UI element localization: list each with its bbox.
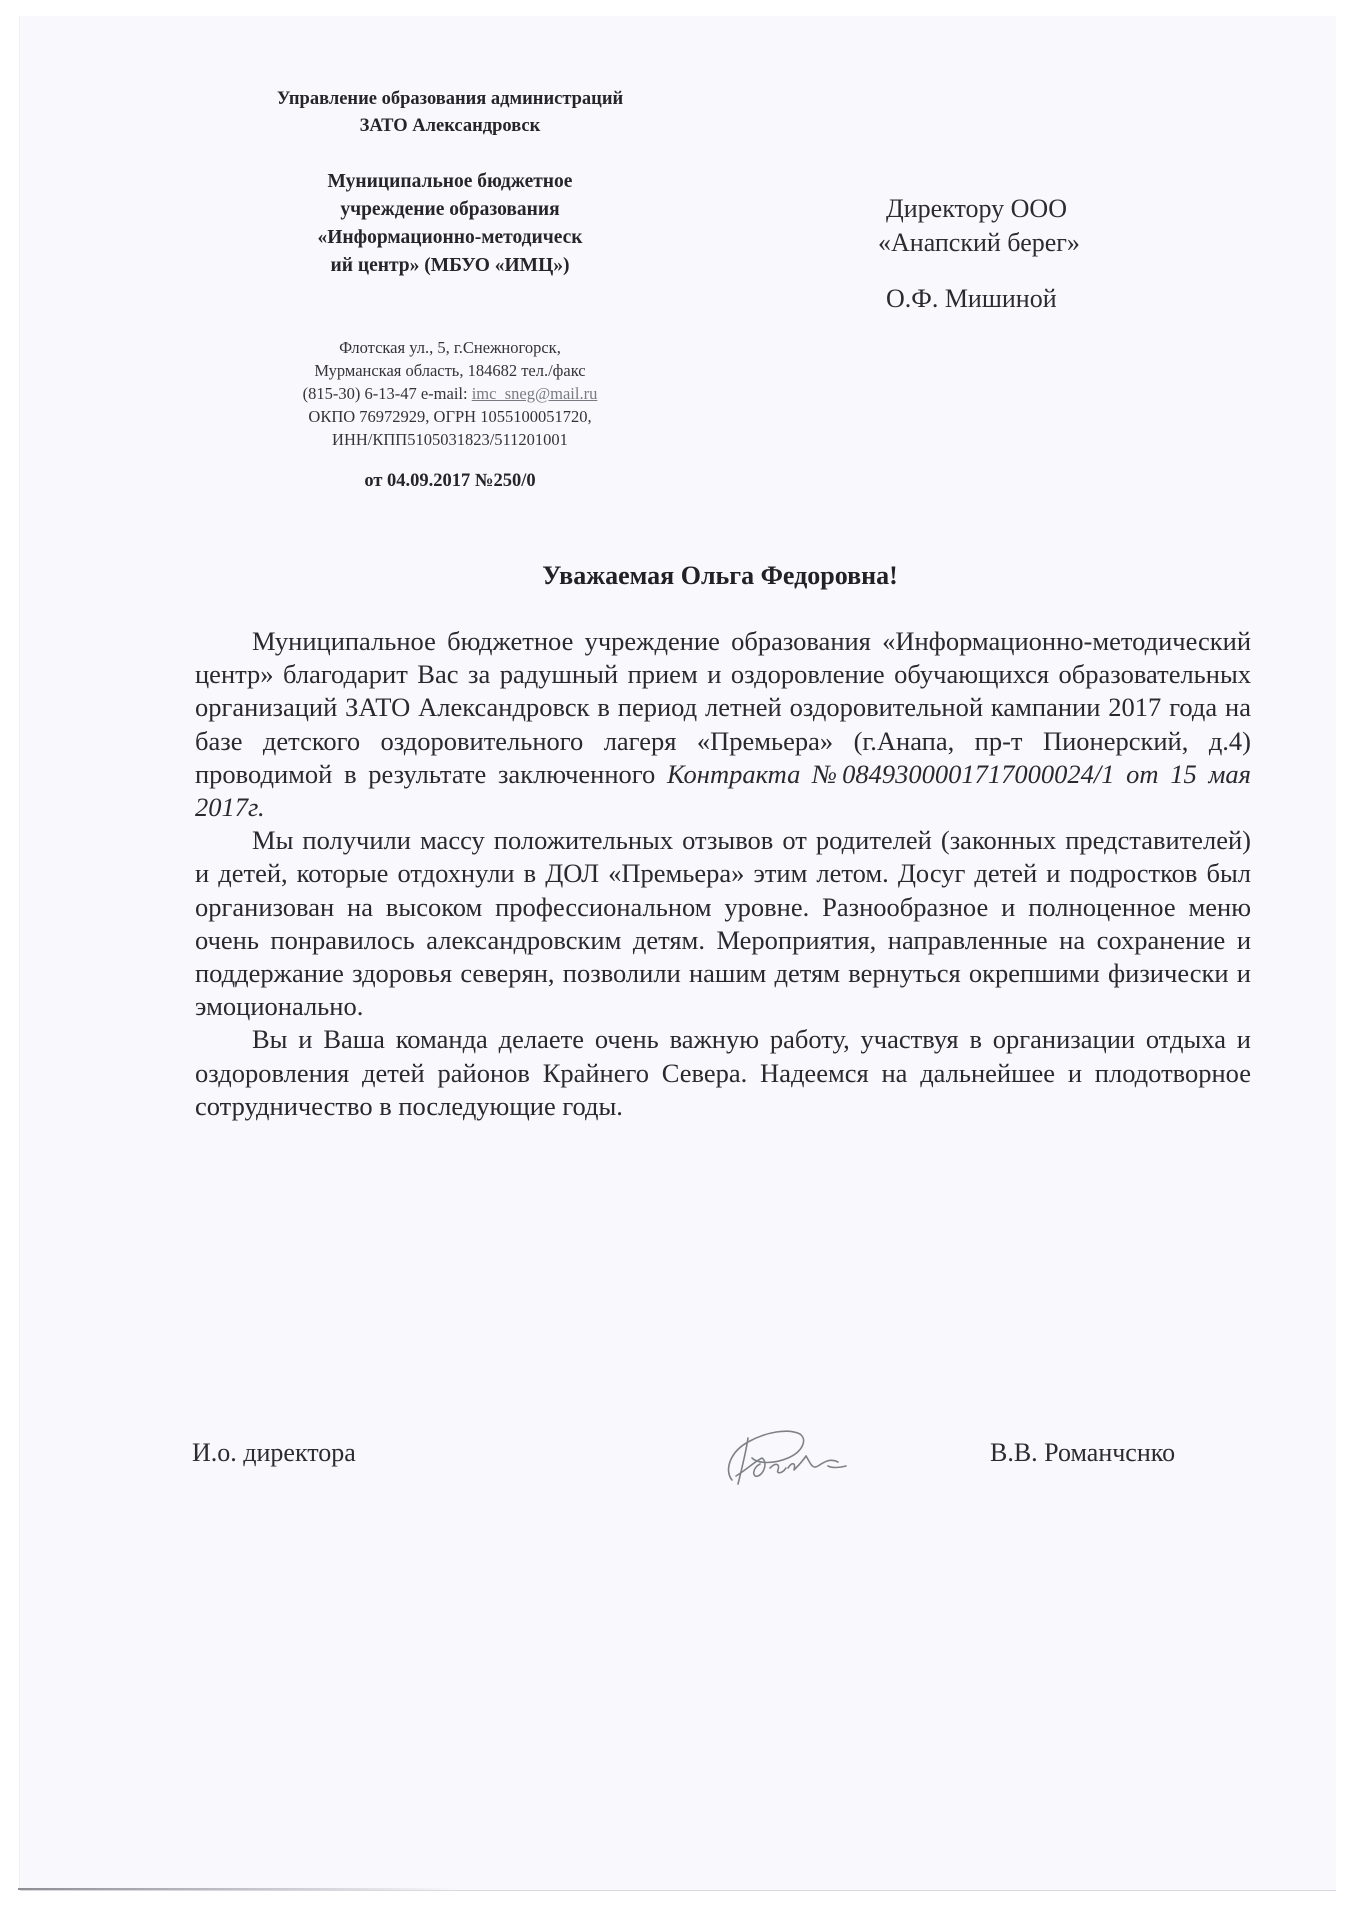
body-paragraph: Вы и Ваша команда делаете очень важную р… [195, 1023, 1251, 1123]
body-paragraph: Мы получили массу положительных отзывов … [195, 824, 1251, 1023]
institution-name-line: «Информационно-методическ [210, 224, 690, 252]
address-line: Мурманская область, 184682 тел./факс [210, 359, 690, 382]
address-line: Флотская ул., 5, г.Снежногорск, [210, 336, 690, 359]
salutation: Уважаемая Ольга Федоровна! [180, 560, 1260, 592]
handwritten-signature-icon [718, 1418, 868, 1494]
letter-body: Муниципальное бюджетное учреждение образ… [195, 625, 1251, 1123]
addressee-block: Директору ООО «Анапский берег» О.Ф. Миши… [878, 192, 1158, 316]
institution-name-line: ий центр» (МБУО «ИМЦ») [210, 252, 690, 280]
addressee-company: «Анапский берег» [878, 226, 1158, 260]
addressee-position: Директору ООО [878, 192, 1158, 226]
signer-name: В.В. Романчснко [990, 1437, 1175, 1469]
institution-name-line: Муниципальное бюджетное [210, 168, 690, 196]
inn-kpp-line: ИНН/КПП5105031823/511201001 [210, 428, 690, 451]
okpo-ogrn-line: ОКПО 76972929, ОГРН 1055100051720, [210, 405, 690, 428]
phone-email-line: (815-30) 6-13-47 e-mail: imc_sneg@mail.r… [210, 382, 690, 405]
email-link[interactable]: imc_sneg@mail.ru [472, 384, 598, 403]
department-name-line1: Управление образования администраций [210, 86, 690, 113]
addressee-name: О.Ф. Мишиной [878, 282, 1158, 316]
document-reference: от 04.09.2017 №250/0 [210, 469, 690, 493]
letterhead-contacts: Флотская ул., 5, г.Снежногорск, Мурманск… [210, 336, 690, 451]
page-edge-shadow [18, 1888, 458, 1890]
letterhead: Управление образования администраций ЗАТ… [210, 86, 690, 493]
body-paragraph: Муниципальное бюджетное учреждение образ… [195, 625, 1251, 824]
phone-text: (815-30) 6-13-47 e-mail: [303, 384, 472, 403]
signer-title: И.о. директора [192, 1437, 356, 1469]
department-name-line2: ЗАТО Александровск [210, 113, 690, 140]
institution-name-line: учреждение образования [210, 196, 690, 224]
